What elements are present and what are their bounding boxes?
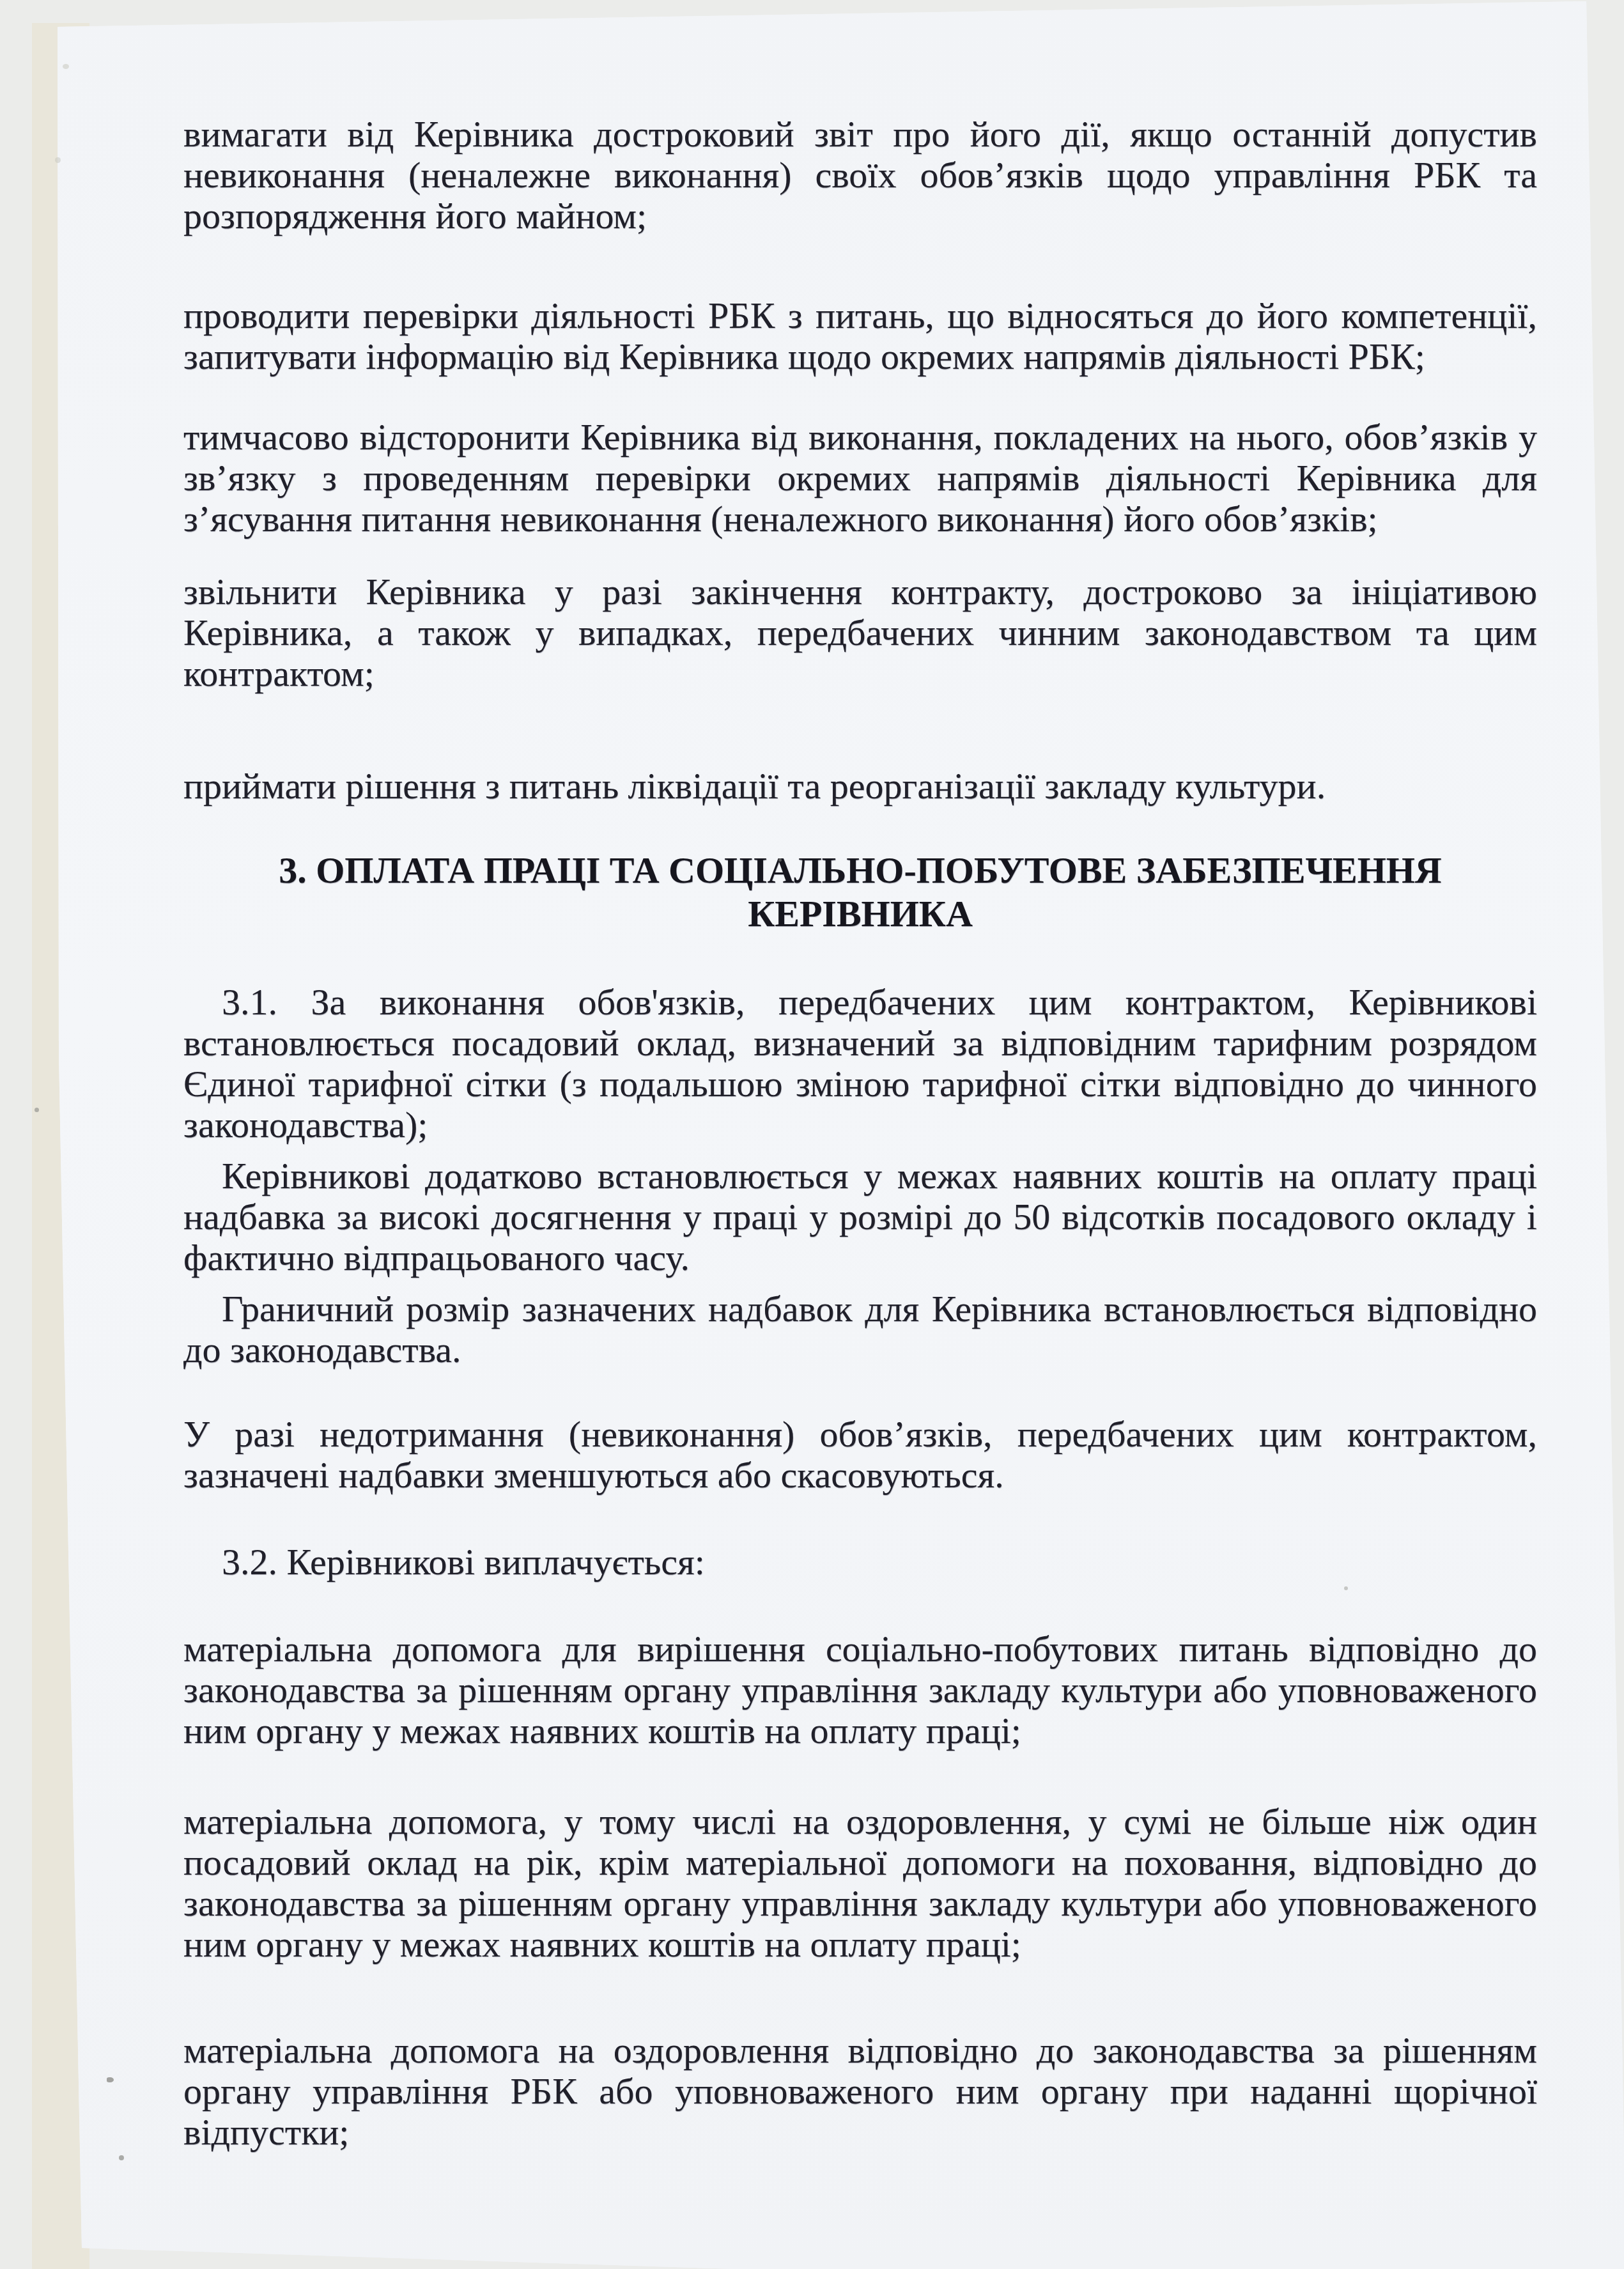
contract-clause-3-1: 3.1. За виконання обов'язків, передбачен… xyxy=(183,982,1537,1145)
scan-artifact xyxy=(778,858,782,862)
contract-clause: звільнити Керівника у разі закінчення ко… xyxy=(183,571,1537,694)
contract-clause-3-2: 3.2. Керівникові виплачується: xyxy=(183,1542,1537,1583)
contract-clause: вимагати від Керівника достроковий звіт … xyxy=(183,114,1537,236)
contract-clause: матеріальна допомога на оздоровлення від… xyxy=(183,2030,1537,2153)
contract-clause: матеріальна допомога для вирішення соціа… xyxy=(183,1629,1537,1751)
scan-artifact xyxy=(1344,1586,1348,1590)
scanned-document-canvas: { "document": { "language": "uk", "parag… xyxy=(0,0,1624,2269)
scan-artifact xyxy=(119,2155,124,2160)
page-text-layer: вимагати від Керівника достроковий звіт … xyxy=(0,0,1624,2269)
section-heading: 3. ОПЛАТА ПРАЦІ ТА СОЦІАЛЬНО-ПОБУТОВЕ ЗА… xyxy=(253,849,1467,936)
scan-artifact xyxy=(35,1108,39,1112)
contract-clause: Керівникові додатково встановлюється у м… xyxy=(183,1156,1537,1278)
text-column: вимагати від Керівника достроковий звіт … xyxy=(183,0,1537,2153)
contract-clause: тимчасово відсторонити Керівника від вик… xyxy=(183,417,1537,539)
scan-artifact xyxy=(55,157,61,163)
contract-clause: приймати рішення з питань ліквідації та … xyxy=(183,766,1537,807)
contract-clause: У разі недотримання (невиконання) обов’я… xyxy=(183,1414,1537,1496)
contract-clause: матеріальна допомога, у тому числі на оз… xyxy=(183,1801,1537,1965)
scan-artifact xyxy=(63,64,69,69)
scan-artifact xyxy=(107,2077,114,2082)
contract-clause: проводити перевірки діяльності РБК з пит… xyxy=(183,295,1537,377)
contract-clause: Граничний розмір зазначених надбавок для… xyxy=(183,1289,1537,1370)
